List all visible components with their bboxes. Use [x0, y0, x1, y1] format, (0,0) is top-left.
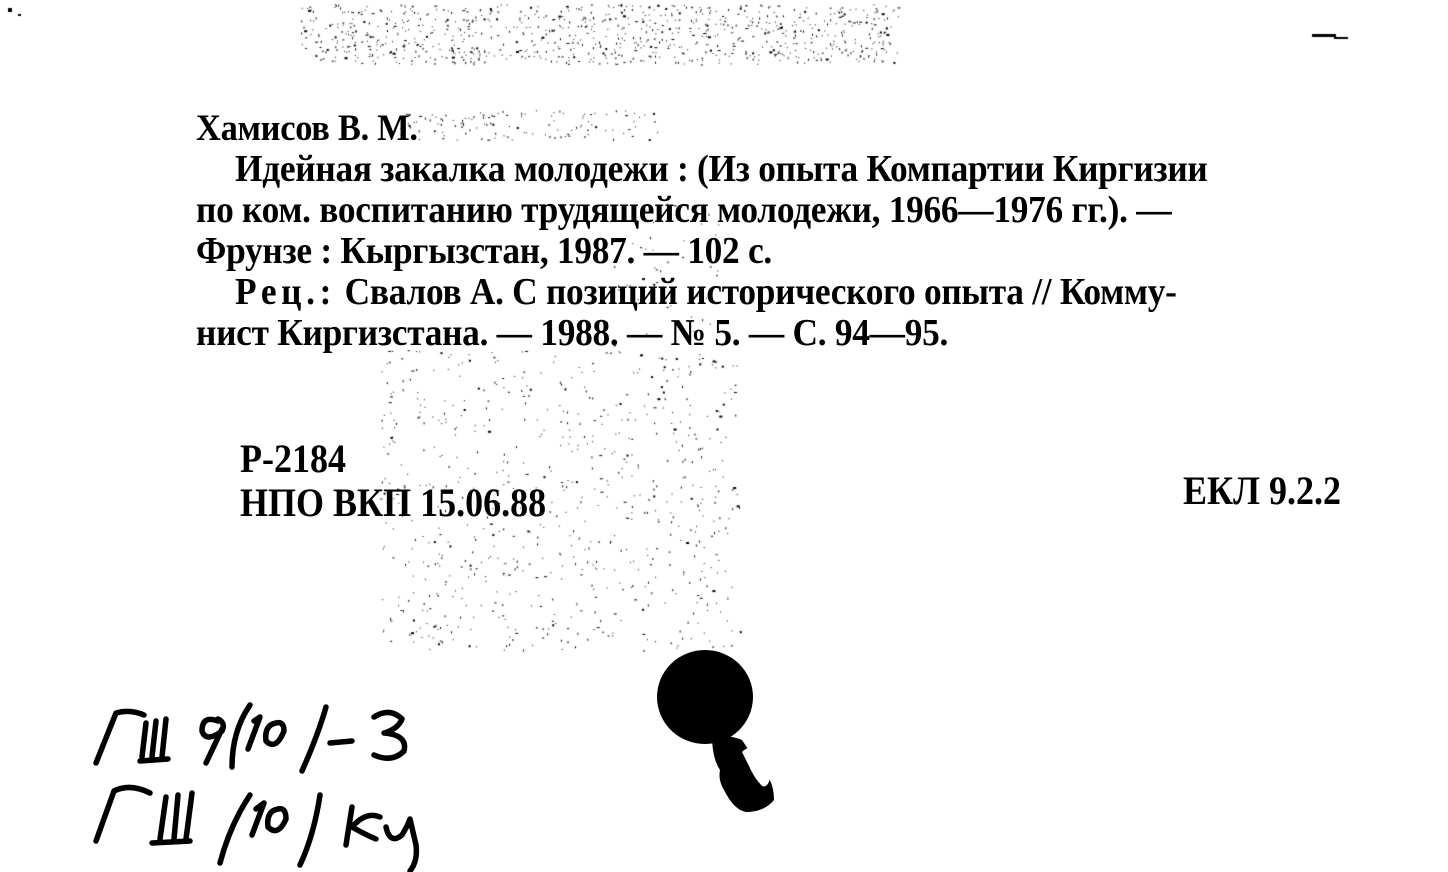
- classification-code: ЕКЛ 9.2.2: [1183, 467, 1341, 514]
- handwriting-strokes-icon: [90, 685, 460, 872]
- review-text: Свалов А. С позиций исторического опыта …: [345, 271, 1177, 313]
- publication-line: Фрунзе : Кыргызстан, 1987. — 102 с.: [196, 231, 1284, 272]
- review-line-2: нист Киргизстана. — 1988. — № 5. — С. 94…: [196, 313, 1284, 354]
- review-label: Рец.:: [235, 271, 336, 313]
- title-line-2: по ком. воспитанию трудящейся молодежи, …: [196, 190, 1284, 231]
- handwritten-shelfmark: ГШ 9(10)-3 ГШ (10) Ки: [90, 685, 460, 872]
- review-line-1: Рец.: Свалов А. С позиций исторического …: [196, 272, 1284, 313]
- ink-blot-stamp-icon: [650, 640, 790, 815]
- author-name: Хамисов В. М.: [196, 108, 1284, 149]
- stamp-shape-icon: [650, 640, 790, 815]
- issuer-and-date: НПО ВКП 15.06.88: [240, 481, 546, 525]
- record-meta: Р-2184 НПО ВКП 15.06.88: [240, 437, 546, 525]
- title-line-1: Идейная закалка молодежи : (Из опыта Ком…: [196, 149, 1284, 190]
- record-number: Р-2184: [240, 437, 546, 481]
- bibliographic-entry: Хамисов В. М. Идейная закалка молодежи :…: [196, 108, 1284, 354]
- catalog-card: Хамисов В. М. Идейная закалка молодежи :…: [0, 0, 1448, 872]
